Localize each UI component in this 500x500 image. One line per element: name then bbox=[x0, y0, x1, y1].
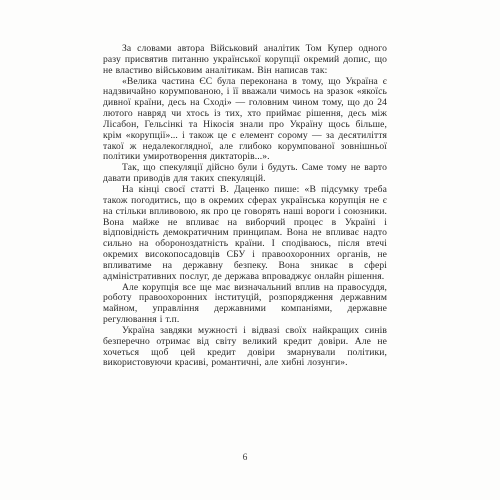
page-number: 6 bbox=[103, 453, 387, 463]
paragraph: Україна завдяки мужності і відвазі своїх… bbox=[103, 326, 387, 369]
text-block: За словами автора Військовий аналітик То… bbox=[103, 44, 387, 369]
paragraph: «Велика частина ЄС була переконана в том… bbox=[103, 77, 387, 164]
paragraph: На кінці своєї статті В. Даценко пише: «… bbox=[103, 185, 387, 283]
paragraph: За словами автора Військовий аналітик То… bbox=[103, 44, 387, 77]
paragraph: Але корупція все ще має визначальний впл… bbox=[103, 283, 387, 326]
book-page: За словами автора Військовий аналітик То… bbox=[0, 0, 500, 500]
paragraph: Так, що спекуляції дійсно були і будуть.… bbox=[103, 163, 387, 185]
